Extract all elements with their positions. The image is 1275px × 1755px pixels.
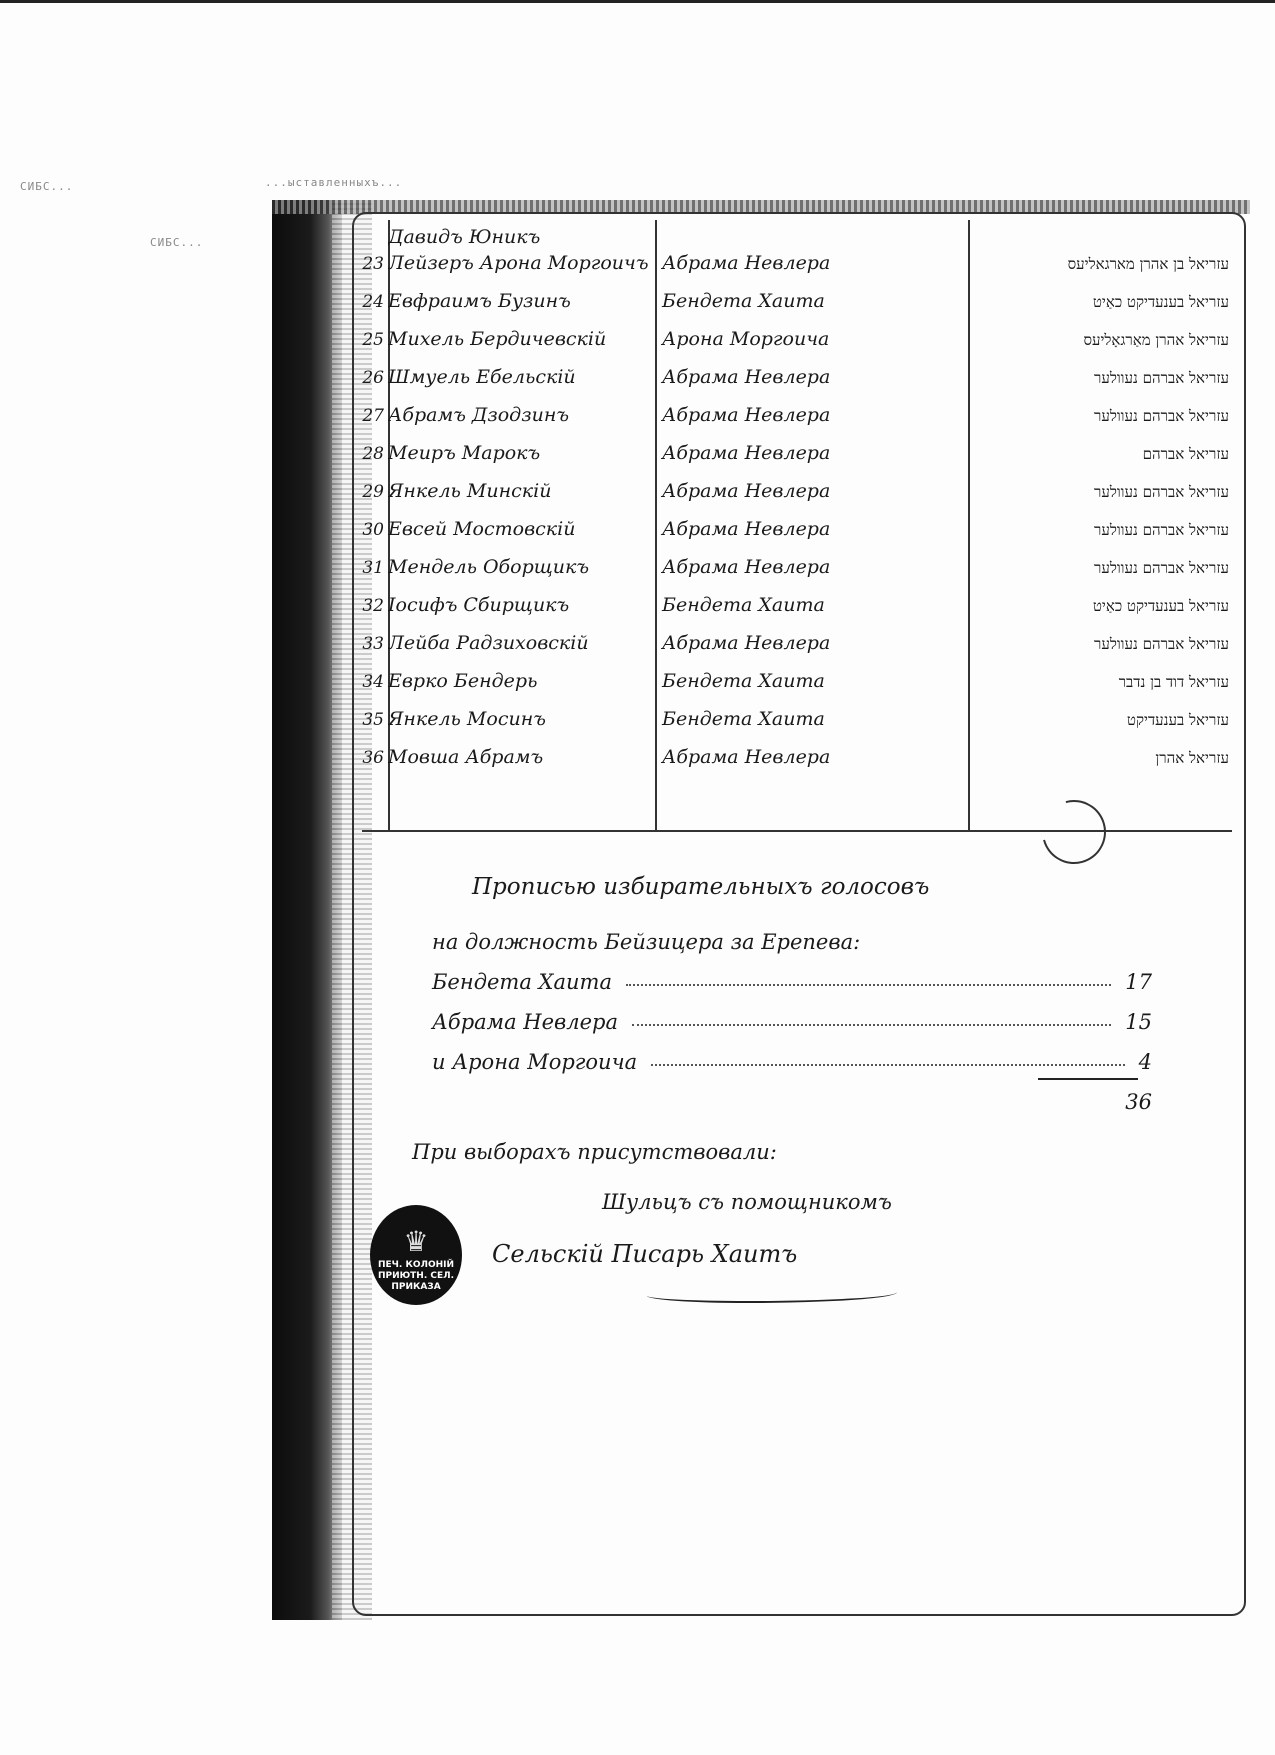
result-candidate: Абрама Невлера <box>432 1010 618 1034</box>
candidate-name: Абрама Невлера <box>662 632 962 654</box>
summary-title: Прописью избирательныхъ голосовъ <box>432 860 1152 900</box>
total-row: 36 <box>432 1074 1152 1114</box>
row-number: 36 <box>362 748 384 768</box>
candidate-name: Абрама Невлера <box>662 366 962 388</box>
voter-name: Еврко Бендерь <box>388 670 648 692</box>
table-row: 36Мовша АбрамъАбрама Невлераעזריאל אהרן <box>362 732 1232 768</box>
row-number: 33 <box>362 634 384 654</box>
double-headed-eagle-icon: ♛ <box>403 1228 428 1256</box>
row-number: 27 <box>362 406 384 426</box>
scan-top-edge <box>0 0 1275 3</box>
candidate-name: Абрама Невлера <box>662 746 962 768</box>
table-row: 26Шмуель ЕбельскійАбрама Невлераעזריאל א… <box>362 352 1232 388</box>
hebrew-signature: עזריאל אברהם נעוולער <box>974 483 1229 502</box>
total-votes: 36 <box>1125 1090 1152 1114</box>
voter-name: Михель Бердичевскій <box>388 328 648 350</box>
hebrew-signature: עזריאל אברהם נעוולער <box>974 369 1229 388</box>
certification-line: При выборахъ присутствовали: <box>412 1140 777 1164</box>
result-candidate: Бендета Хаита <box>432 970 612 994</box>
seal-text: ПРИКАЗА <box>391 1282 440 1293</box>
hebrew-signature: עזריאל אברהם נעוולער <box>974 559 1229 578</box>
table-row: 30Евсей МостовскійАбрама Невлераעזריאל א… <box>362 504 1232 540</box>
total-rule <box>1038 1078 1138 1080</box>
candidate-name: Абрама Невлера <box>662 404 962 426</box>
document-scan: Давидъ Юникъ 23Лейзеръ Арона МоргоичъАбр… <box>272 200 1250 1620</box>
voter-name: Евсей Мостовскій <box>388 518 648 540</box>
hebrew-signature: עזריאל אברהם נעוולער <box>974 635 1229 654</box>
header-scrap: СИБС... <box>150 236 203 249</box>
voter-name: Абрамъ Дзодзинъ <box>388 404 648 426</box>
table-row: 34Еврко БендерьБендета Хаитаעזריאל דוד ב… <box>362 656 1232 692</box>
row-number: 26 <box>362 368 384 388</box>
row-number: 23 <box>362 254 384 274</box>
result-votes: 15 <box>1125 1010 1152 1034</box>
candidate-name: Абрама Невлера <box>662 556 962 578</box>
voter-name: Евфраимъ Бузинъ <box>388 290 648 312</box>
candidate-name: Абрама Невлера <box>662 518 962 540</box>
table-row: 25Михель БердичевскійАрона Моргоичаעזריא… <box>362 314 1232 350</box>
candidate-name: Абрама Невлера <box>662 252 962 274</box>
hebrew-signature: עזריאל אהרן <box>974 749 1229 768</box>
table-row: 23Лейзеръ Арона МоргоичъАбрама Невлераעז… <box>362 238 1232 274</box>
table-row: 32Іосифъ СбирщикъБендета Хаитаעזריאל בענ… <box>362 580 1232 616</box>
seal-text: ПЕЧ. КОЛОНІЙ <box>378 1260 454 1271</box>
table-row: 29Янкель МинскійАбрама Невлераעזריאל אבר… <box>362 466 1232 502</box>
row-number: 24 <box>362 292 384 312</box>
voter-name: Янкель Минскій <box>388 480 648 502</box>
header-scrap: СИБС... <box>20 180 73 193</box>
voter-name: Лейба Радзиховскій <box>388 632 648 654</box>
table-row: 27Абрамъ ДзодзинъАбрама Невлераעזריאל אב… <box>362 390 1232 426</box>
row-number: 35 <box>362 710 384 730</box>
result-row: Абрама Невлера15 <box>432 994 1152 1034</box>
certification-signatory: Шульцъ съ помощникомъ <box>602 1190 892 1214</box>
hebrew-signature: עזריאל אהרן מאַרגאָליעס <box>974 331 1229 350</box>
hebrew-signature: עזריאל בן אהרן מארגאליעס <box>974 255 1229 274</box>
row-number: 30 <box>362 520 384 540</box>
row-number: 29 <box>362 482 384 502</box>
row-number: 25 <box>362 330 384 350</box>
voter-name: Шмуель Ебельскій <box>388 366 648 388</box>
voter-name: Меиръ Марокъ <box>388 442 648 464</box>
candidate-name: Бендета Хаита <box>662 670 962 692</box>
hebrew-signature: עזריאל דוד בן נדבר <box>974 673 1229 692</box>
result-votes: 4 <box>1139 1050 1152 1074</box>
row-number: 32 <box>362 596 384 616</box>
hebrew-signature: עזריאל אברהם נעוולער <box>974 521 1229 540</box>
summary-subtitle: на должность Бейзицера за Ерепева: <box>432 914 1152 954</box>
table-row: 24Евфраимъ БузинъБендета Хаитаעזריאל בענ… <box>362 276 1232 312</box>
candidate-name: Бендета Хаита <box>662 708 962 730</box>
vote-summary: Прописью избирательныхъ голосовъ на долж… <box>432 860 1152 1114</box>
voter-name: Іосифъ Сбирщикъ <box>388 594 648 616</box>
voter-name: Янкель Мосинъ <box>388 708 648 730</box>
row-number: 31 <box>362 558 384 578</box>
clerk-signature: Сельскій Писарь Хаитъ <box>492 1240 797 1268</box>
voter-name: Мовша Абрамъ <box>388 746 648 768</box>
hebrew-signature: עזריאל בענעדיקט כאַיט <box>974 597 1229 616</box>
voter-name: Лейзеръ Арона Моргоичъ <box>388 252 648 274</box>
result-row: Бендета Хаита17 <box>432 954 1152 994</box>
voter-table: Давидъ Юникъ 23Лейзеръ Арона МоргоичъАбр… <box>362 220 1232 830</box>
table-row: 35Янкель МосинъБендета Хаитаעזריאל בענעד… <box>362 694 1232 730</box>
candidate-name: Арона Моргоича <box>662 328 962 350</box>
hebrew-signature: עזריאל אברהם נעוולער <box>974 407 1229 426</box>
candidate-name: Бендета Хаита <box>662 290 962 312</box>
candidate-name: Бендета Хаита <box>662 594 962 616</box>
row-number: 34 <box>362 672 384 692</box>
header-scrap: ...ыставленныхъ... <box>265 176 402 189</box>
seal-text: ПРИЮТН. СЕЛ. <box>378 1271 454 1282</box>
result-row: и Арона Моргоича4 <box>432 1034 1152 1074</box>
table-row: 33Лейба РадзиховскійАбрама Невлераעזריאל… <box>362 618 1232 654</box>
official-seal: ♛ ПЕЧ. КОЛОНІЙ ПРИЮТН. СЕЛ. ПРИКАЗА <box>370 1205 462 1305</box>
candidate-name: Абрама Невлера <box>662 442 962 464</box>
hebrew-signature: עזריאל בענעדיקט כאַיט <box>974 293 1229 312</box>
table-row: 31Мендель ОборщикъАбрама Невлераעזריאל א… <box>362 542 1232 578</box>
candidate-name: Абрама Невлера <box>662 480 962 502</box>
voter-name: Мендель Оборщикъ <box>388 556 648 578</box>
row-number: 28 <box>362 444 384 464</box>
table-row: 28Меиръ МарокъАбрама Невлераעזריאל אברהם <box>362 428 1232 464</box>
result-candidate: и Арона Моргоича <box>432 1050 637 1074</box>
result-votes: 17 <box>1125 970 1152 994</box>
hebrew-signature: עזריאל אברהם <box>974 445 1229 464</box>
hebrew-signature: עזריאל בענעדיקט <box>974 711 1229 730</box>
